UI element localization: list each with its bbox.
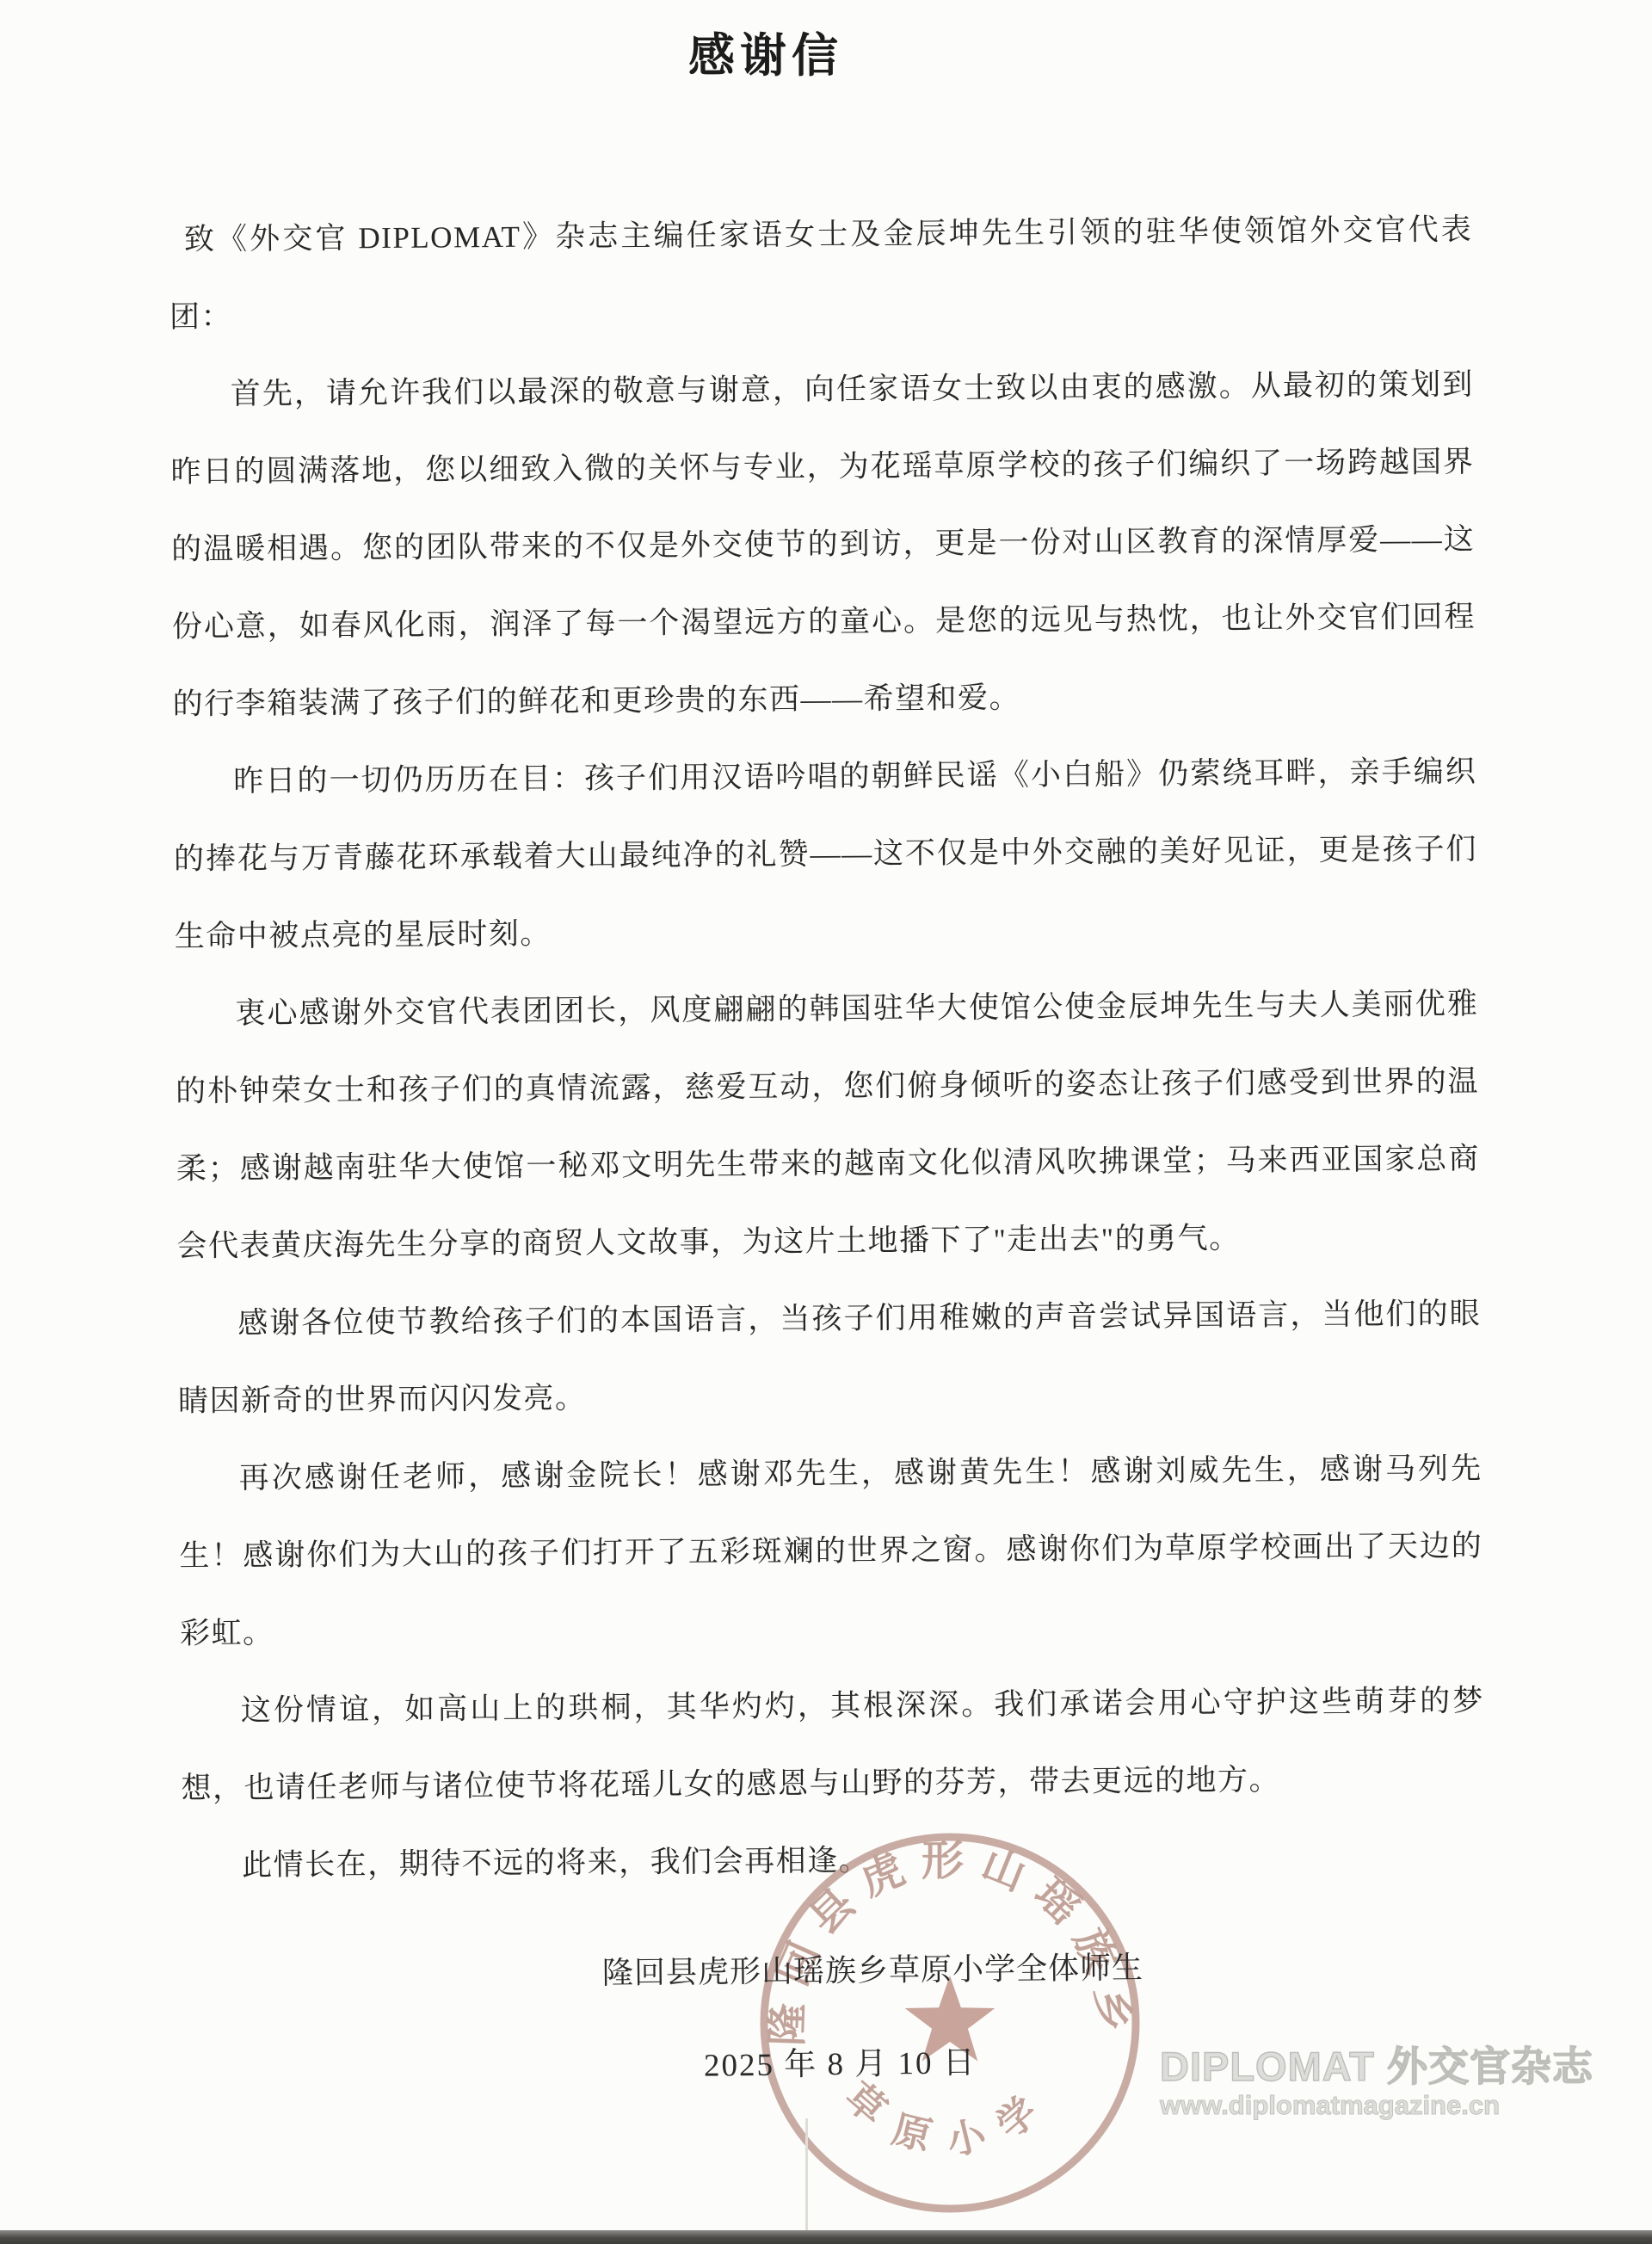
signature-line: 隆回县虎形山瑶族乡草原小学全体师生 xyxy=(602,1944,1144,1994)
letter-body: 致《外交官 DIPLOMAT》杂志主编任家语女士及金辰坤先生引领的驻华使领馆外交… xyxy=(169,191,1486,1905)
paragraph: 首先，请允许我们以最深的敬意与谢意，向任家语女士致以由衷的感激。从最初的策划到昨… xyxy=(170,346,1476,743)
watermark: DIPLOMAT 外交官杂志 www.diplomatmagazine.cn xyxy=(1160,2044,1593,2120)
watermark-brand: DIPLOMAT 外交官杂志 xyxy=(1160,2044,1593,2089)
paragraph: 再次感谢任老师，感谢金院长！感谢邓先生，感谢黄先生！感谢刘威先生，感谢马列先生！… xyxy=(178,1430,1483,1673)
seal-bottom-text: 草原小学 xyxy=(837,2074,1063,2164)
letter-title: 感谢信 xyxy=(0,19,1532,85)
paragraph: 这份情谊，如高山上的珙桐，其华灼灼，其根深深。我们承诺会用心守护这些萌芽的梦想，… xyxy=(180,1662,1484,1828)
watermark-url: www.diplomatmagazine.cn xyxy=(1160,2091,1593,2120)
paragraph: 衷心感谢外交官代表团团长，风度翩翩的韩国驻华大使馆公使金辰坤先生与夫人美丽优雅的… xyxy=(175,965,1481,1285)
salutation: 致《外交官 DIPLOMAT》杂志主编任家语女士及金辰坤先生引领的驻华使领馆外交… xyxy=(169,191,1473,356)
date-line: 2025 年 8 月 10 日 xyxy=(704,2036,977,2085)
scan-crease-artifact xyxy=(805,2118,808,2230)
school-seal-stamp: 隆回县虎形山瑶族乡 草原小学 xyxy=(755,1821,1144,2225)
paragraph: 感谢各位使节教给孩子们的本国语言，当孩子们用稚嫩的声音尝试异国语言，当他们的眼睛… xyxy=(177,1275,1482,1440)
svg-text:草原小学: 草原小学 xyxy=(837,2074,1063,2164)
paragraph: 昨日的一切仍历历在目：孩子们用汉语吟唱的朝鲜民谣《小白船》仍萦绕耳畔，亲手编织的… xyxy=(173,733,1478,976)
scan-bottom-edge xyxy=(0,2230,1652,2244)
scanned-letter-page: 感谢信 致《外交官 DIPLOMAT》杂志主编任家语女士及金辰坤先生引领的驻华使… xyxy=(0,0,1652,2244)
